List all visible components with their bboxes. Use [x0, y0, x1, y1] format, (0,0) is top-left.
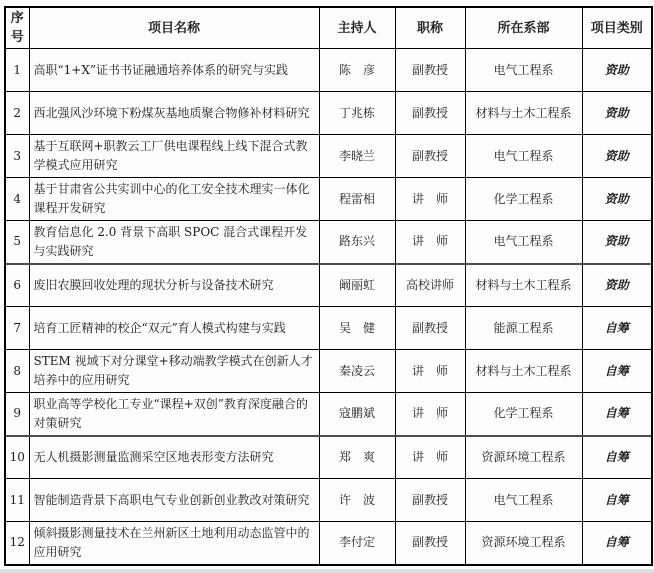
cell-department: 电气工程系: [465, 135, 582, 178]
cell-leader: 路东兴: [319, 221, 395, 264]
cell-department: 材料与土木工程系: [465, 264, 582, 307]
cell-department: 电气工程系: [465, 49, 582, 92]
cell-index: 7: [5, 307, 29, 350]
cell-department: 电气工程系: [465, 221, 582, 264]
cell-leader: 阚丽虹: [319, 264, 395, 307]
col-header-leader: 主持人: [319, 7, 395, 49]
cell-category: 自筹: [582, 393, 652, 436]
col-header-title: 职称: [395, 7, 465, 49]
projects-table: 序号 项目名称 主持人 职称 所在系部 项目类别 1 高职“1+X”证书书证融通…: [4, 6, 653, 566]
table-row: 7 培育工匠精神的校企“双元”育人模式构建与实践 吴 健 副教授 能源工程系 自…: [5, 307, 652, 350]
cell-department: 资源环境工程系: [465, 522, 582, 565]
table-row: 4 基于甘肃省公共实训中心的化工安全技术理实一体化课程开发研究 程雷相 讲 师 …: [5, 178, 652, 221]
cell-leader: 许 波: [319, 479, 395, 522]
col-header-index: 序号: [5, 7, 29, 49]
cell-leader: 丁兆栋: [319, 92, 395, 135]
header-row: 序号 项目名称 主持人 职称 所在系部 项目类别: [5, 7, 652, 49]
cell-title: 讲 师: [395, 221, 465, 264]
cell-index: 6: [5, 264, 29, 307]
cell-department: 材料与土木工程系: [465, 350, 582, 393]
cell-title: 副教授: [395, 522, 465, 565]
cell-project-name: 教育信息化 2.0 背景下高职 SPOC 混合式课程开发与实践研究: [29, 221, 319, 264]
cell-project-name: 倾斜摄影测量技术在兰州新区土地利用动态监管中的应用研究: [29, 522, 319, 565]
cell-title: 副教授: [395, 135, 465, 178]
cell-project-name: 无人机摄影测量监测采空区地表形变方法研究: [29, 436, 319, 479]
cell-index: 5: [5, 221, 29, 264]
cell-title: 讲 师: [395, 436, 465, 479]
cell-project-name: 废旧农膜回收处理的现状分析与设备技术研究: [29, 264, 319, 307]
cell-index: 4: [5, 178, 29, 221]
cell-index: 1: [5, 49, 29, 92]
cell-project-name: 智能制造背景下高职电气专业创新创业教改对策研究: [29, 479, 319, 522]
cell-index: 10: [5, 436, 29, 479]
cell-project-name: 培育工匠精神的校企“双元”育人模式构建与实践: [29, 307, 319, 350]
col-header-project-name: 项目名称: [29, 7, 319, 49]
cell-department: 能源工程系: [465, 307, 582, 350]
cell-project-name: STEM 视域下对分课堂+移动端教学模式在创新人才培养中的应用研究: [29, 350, 319, 393]
cell-title: 副教授: [395, 307, 465, 350]
cell-title: 副教授: [395, 49, 465, 92]
cell-index: 11: [5, 479, 29, 522]
table-row: 12 倾斜摄影测量技术在兰州新区土地利用动态监管中的应用研究 李付定 副教授 资…: [5, 522, 652, 565]
table-body: 1 高职“1+X”证书书证融通培养体系的研究与实践 陈 彦 副教授 电气工程系 …: [5, 49, 652, 565]
cell-title: 副教授: [395, 92, 465, 135]
cell-index: 9: [5, 393, 29, 436]
cell-leader: 郑 爽: [319, 436, 395, 479]
cell-department: 材料与土木工程系: [465, 92, 582, 135]
cell-leader: 李晓兰: [319, 135, 395, 178]
table-row: 6 废旧农膜回收处理的现状分析与设备技术研究 阚丽虹 高校讲师 材料与土木工程系…: [5, 264, 652, 307]
table-row: 10 无人机摄影测量监测采空区地表形变方法研究 郑 爽 讲 师 资源环境工程系 …: [5, 436, 652, 479]
cell-category: 自筹: [582, 307, 652, 350]
cell-leader: 吴 健: [319, 307, 395, 350]
cell-department: 电气工程系: [465, 479, 582, 522]
col-header-category: 项目类别: [582, 7, 652, 49]
cell-category: 资助: [582, 135, 652, 178]
cell-category: 资助: [582, 264, 652, 307]
table-row: 9 职业高等学校化工专业“课程+双创”教育深度融合的对策研究 寇鹏斌 讲 师 化…: [5, 393, 652, 436]
page-bottom-edge: [0, 569, 654, 573]
cell-title: 讲 师: [395, 393, 465, 436]
cell-category: 自筹: [582, 479, 652, 522]
cell-leader: 李付定: [319, 522, 395, 565]
cell-category: 自筹: [582, 350, 652, 393]
cell-index: 3: [5, 135, 29, 178]
cell-category: 自筹: [582, 436, 652, 479]
cell-leader: 寇鹏斌: [319, 393, 395, 436]
table-row: 3 基于互联网+职教云工厂供电课程线上线下混合式教学模式应用研究 李晓兰 副教授…: [5, 135, 652, 178]
table-row: 8 STEM 视域下对分课堂+移动端教学模式在创新人才培养中的应用研究 秦凌云 …: [5, 350, 652, 393]
cell-project-name: 基于甘肃省公共实训中心的化工安全技术理实一体化课程开发研究: [29, 178, 319, 221]
cell-category: 自筹: [582, 522, 652, 565]
table-row: 5 教育信息化 2.0 背景下高职 SPOC 混合式课程开发与实践研究 路东兴 …: [5, 221, 652, 264]
cell-title: 讲 师: [395, 350, 465, 393]
cell-department: 资源环境工程系: [465, 436, 582, 479]
cell-category: 资助: [582, 178, 652, 221]
cell-department: 化学工程系: [465, 178, 582, 221]
cell-title: 讲 师: [395, 178, 465, 221]
cell-title: 副教授: [395, 479, 465, 522]
cell-leader: 程雷相: [319, 178, 395, 221]
cell-index: 8: [5, 350, 29, 393]
table-row: 1 高职“1+X”证书书证融通培养体系的研究与实践 陈 彦 副教授 电气工程系 …: [5, 49, 652, 92]
col-header-department: 所在系部: [465, 7, 582, 49]
cell-project-name: 高职“1+X”证书书证融通培养体系的研究与实践: [29, 49, 319, 92]
cell-category: 资助: [582, 49, 652, 92]
table-row: 2 西北强风沙环境下粉煤灰基地质聚合物修补材料研究 丁兆栋 副教授 材料与土木工…: [5, 92, 652, 135]
cell-project-name: 职业高等学校化工专业“课程+双创”教育深度融合的对策研究: [29, 393, 319, 436]
cell-index: 12: [5, 522, 29, 565]
cell-project-name: 西北强风沙环境下粉煤灰基地质聚合物修补材料研究: [29, 92, 319, 135]
cell-category: 资助: [582, 92, 652, 135]
table-row: 11 智能制造背景下高职电气专业创新创业教改对策研究 许 波 副教授 电气工程系…: [5, 479, 652, 522]
cell-project-name: 基于互联网+职教云工厂供电课程线上线下混合式教学模式应用研究: [29, 135, 319, 178]
cell-department: 化学工程系: [465, 393, 582, 436]
cell-category: 资助: [582, 221, 652, 264]
cell-leader: 陈 彦: [319, 49, 395, 92]
cell-title: 高校讲师: [395, 264, 465, 307]
cell-leader: 秦凌云: [319, 350, 395, 393]
cell-index: 2: [5, 92, 29, 135]
document-page: 序号 项目名称 主持人 职称 所在系部 项目类别 1 高职“1+X”证书书证融通…: [0, 0, 654, 573]
